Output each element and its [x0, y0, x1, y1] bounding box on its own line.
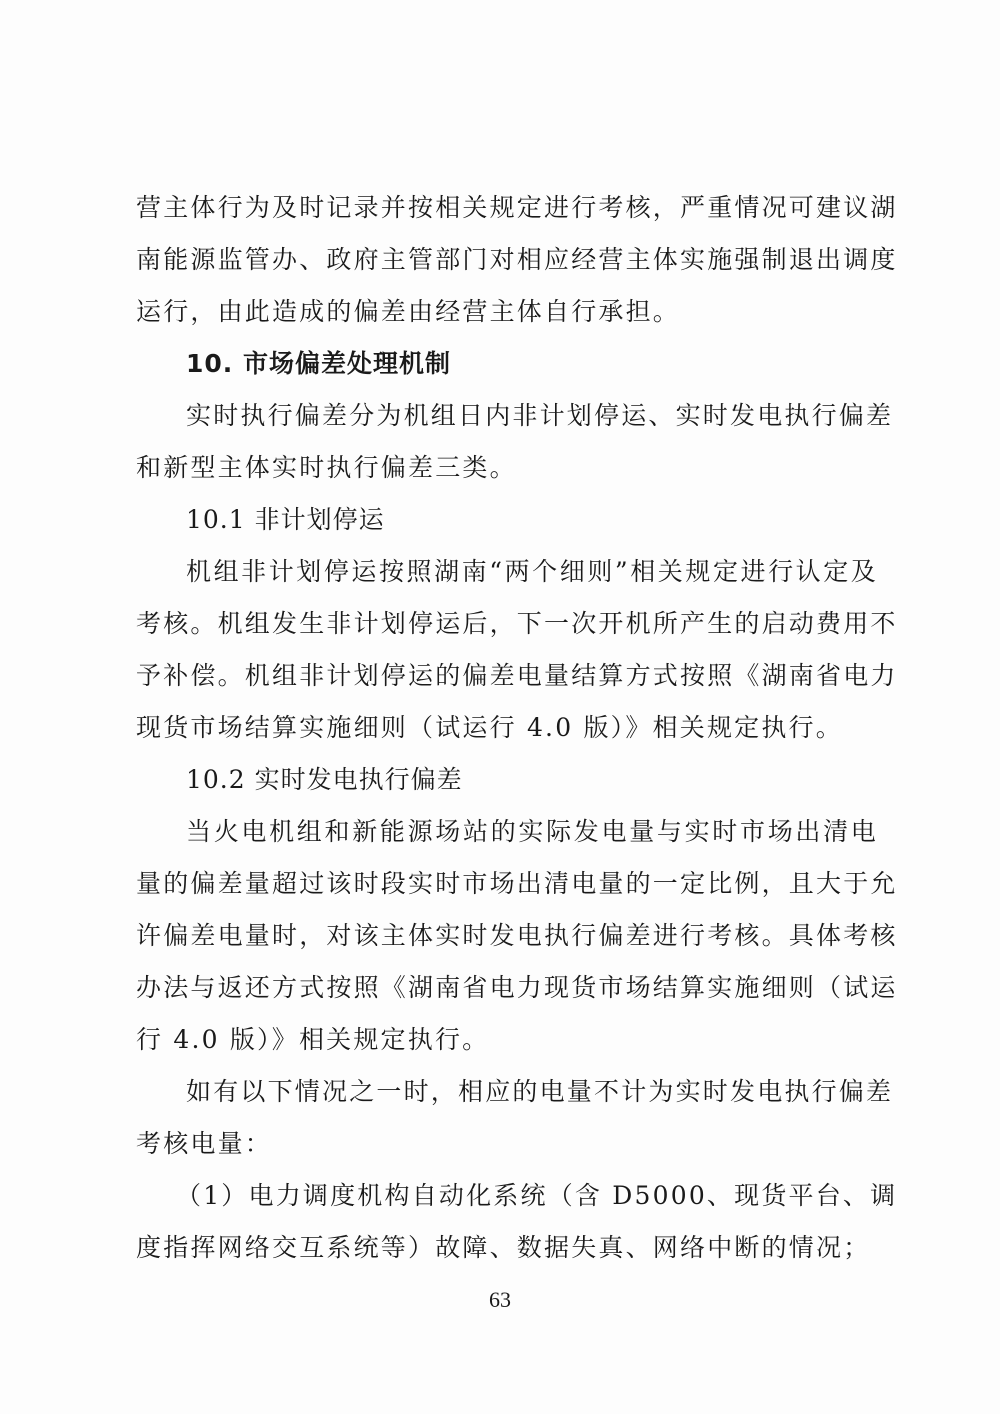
body-text-line: 许偏差电量时，对该主体实时发电执行偏差进行考核。具体考核 — [136, 921, 878, 951]
page-number: 63 — [0, 1287, 1000, 1313]
list-item-1: （1）电力调度机构自动化系统（含 D5000、现货平台、调 — [176, 1181, 878, 1211]
body-text-line: 办法与返还方式按照《湖南省电力现货市场结算实施细则（试运 — [136, 973, 878, 1003]
body-text-line: 运行，由此造成的偏差由经营主体自行承担。 — [136, 297, 878, 327]
body-text-line: 当火电机组和新能源场站的实际发电量与实时市场出清电 — [186, 817, 878, 847]
body-text-line: 南能源监管办、政府主管部门对相应经营主体实施强制退出调度 — [136, 245, 878, 275]
body-text-line: 行 4.0 版）》相关规定执行。 — [136, 1025, 878, 1055]
body-text-line: 考核。机组发生非计划停运后，下一次开机所产生的启动费用不 — [136, 609, 878, 639]
subsection-heading-10-1: 10.1 非计划停运 — [186, 505, 878, 535]
subsection-heading-10-2: 10.2 实时发电执行偏差 — [186, 765, 878, 795]
body-text-line: 考核电量： — [136, 1129, 878, 1159]
body-text-line: 量的偏差量超过该时段实时市场出清电量的一定比例，且大于允 — [136, 869, 878, 899]
body-text-line: 营主体行为及时记录并按相关规定进行考核，严重情况可建议湖 — [136, 193, 878, 223]
body-text-line: 现货市场结算实施细则（试运行 4.0 版）》相关规定执行。 — [136, 713, 878, 743]
body-text-line: 如有以下情况之一时，相应的电量不计为实时发电执行偏差 — [186, 1077, 878, 1107]
body-text-line: 和新型主体实时执行偏差三类。 — [136, 453, 878, 483]
document-page: 营主体行为及时记录并按相关规定进行考核，严重情况可建议湖 南能源监管办、政府主管… — [0, 0, 1000, 1414]
body-text-line: 机组非计划停运按照湖南“两个细则”相关规定进行认定及 — [186, 557, 878, 587]
section-heading-10: 10. 市场偏差处理机制 — [186, 349, 878, 379]
body-text-line: 予补偿。机组非计划停运的偏差电量结算方式按照《湖南省电力 — [136, 661, 878, 691]
body-text-line: 实时执行偏差分为机组日内非计划停运、实时发电执行偏差 — [186, 401, 878, 431]
list-item-1-continued: 度指挥网络交互系统等）故障、数据失真、网络中断的情况； — [136, 1233, 878, 1263]
